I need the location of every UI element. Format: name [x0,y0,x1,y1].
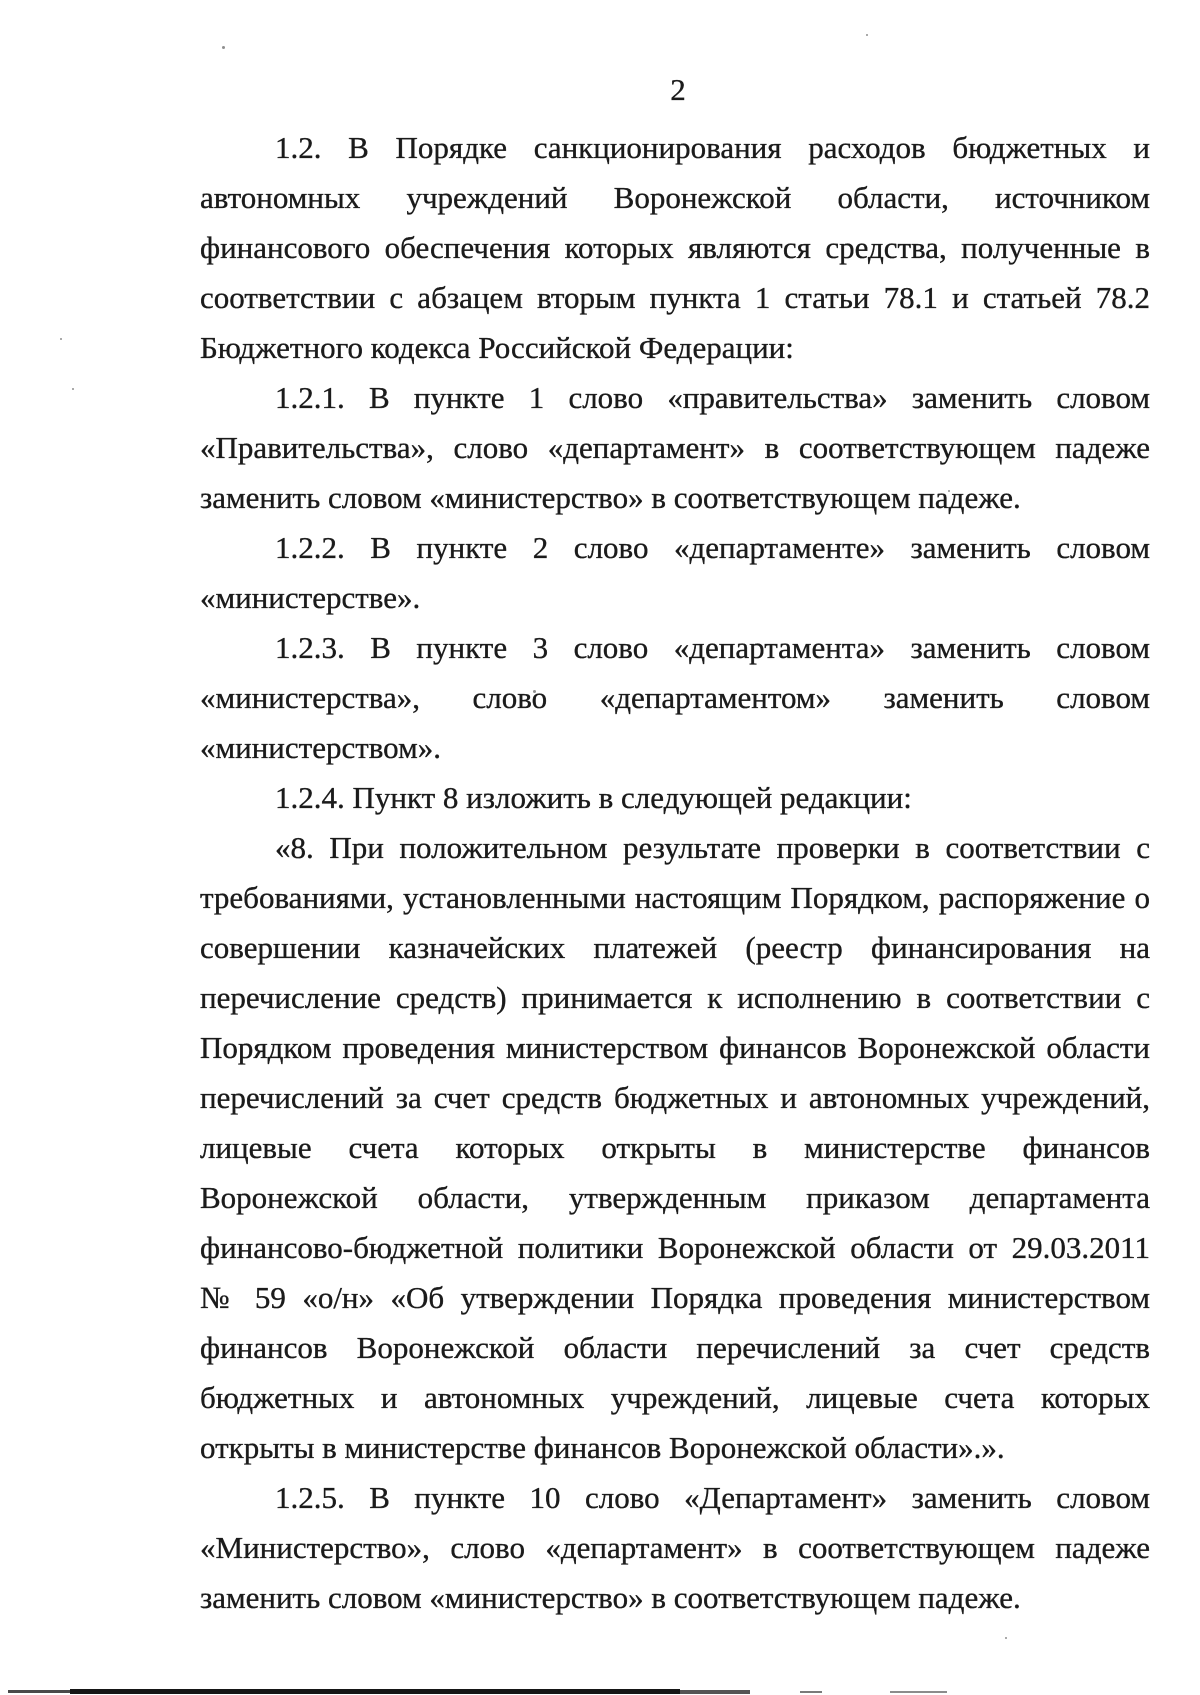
scan-speck [1005,1637,1007,1639]
scan-speck [60,338,62,340]
scan-speck [222,46,225,49]
scan-artifact-bar-segment [8,1690,70,1693]
paragraph-1-2-1: 1.2.1. В пункте 1 слово «правительства» … [200,373,1150,523]
scan-speck [866,34,868,36]
scan-speck [533,690,536,693]
scan-artifact-bar-segment [890,1691,947,1693]
scan-artifact-bar-segment [680,1690,750,1694]
paragraph-1-2-3: 1.2.3. В пункте 3 слово «департамента» з… [200,623,1150,773]
page-number: 2 [206,65,1150,115]
paragraph-8-quoted: «8. При положительном результате проверк… [200,823,1150,1473]
paragraph-1-2-2: 1.2.2. В пункте 2 слово «департаменте» з… [200,523,1150,623]
scan-speck [72,388,74,390]
paragraph-1-2-5: 1.2.5. В пункте 10 слово «Департамент» з… [200,1473,1150,1623]
paragraph-1-2-4: 1.2.4. Пункт 8 изложить в следующей реда… [200,773,1150,823]
scan-speck [948,490,950,492]
document-page: 2 1.2. В Порядке санкционирования расход… [0,0,1200,1695]
document-body: 1.2. В Порядке санкционирования расходов… [200,123,1150,1623]
paragraph-1-2: 1.2. В Порядке санкционирования расходов… [200,123,1150,373]
scan-artifact-bar-segment [70,1689,680,1694]
scan-artifact-bar-segment [800,1691,822,1693]
